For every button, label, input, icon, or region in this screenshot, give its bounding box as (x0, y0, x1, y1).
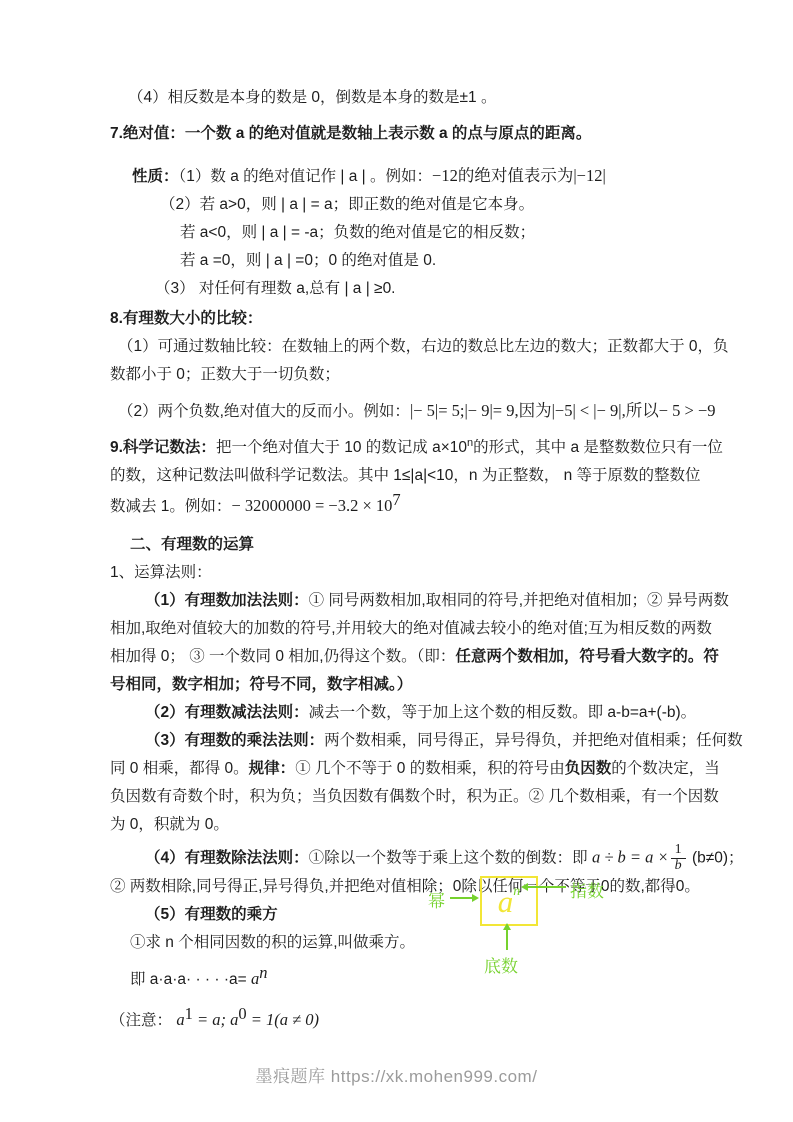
text-line: （4）有理数除法法则：①除以一个数等于乘上这个数的倒数：即 a ÷ b = a … (110, 843, 710, 873)
fraction: 1b (671, 843, 686, 873)
text-line: 若 a =0，则 | a | =0；0 的绝对值是 0. (110, 247, 710, 275)
text-segment: ①求 n 个相同因数的积的运算,叫做乘方。 (130, 934, 415, 951)
text-line: 号相同，数字相加；符号不同，数字相减。） (110, 671, 710, 699)
exponent-label: 指数 (570, 877, 604, 902)
text-segment: （2）若 a>0，则 | a | = a；即正数的绝对值是它本身。 (160, 196, 534, 213)
text-line: 相加,取绝对值较大的加数的符号,并用较大的绝对值减去较小的绝对值;互为相反数的两… (110, 615, 710, 643)
text-segment: （3） 对任何有理数 a,总有 | a | ≥0. (155, 280, 396, 297)
formula-text: − 32000000 = −3.2 × 10 (231, 496, 392, 515)
text-line: （4）相反数是本身的数是 0，倒数是本身的数是±1 。 (110, 84, 710, 112)
power-label: 幂 (428, 887, 445, 912)
text-segment: （4）有理数除法法则： (145, 849, 309, 866)
text-segment: （2）有理数减法法则： (145, 704, 309, 721)
text-segment: 减去一个数，等于加上这个数的相反数。即 a-b=a+(-b)。 (309, 704, 697, 721)
text-line: 为 0，积就为 0。 (110, 811, 710, 839)
text-segment: 二、有理数的运算 (130, 536, 254, 553)
text-segment: 若 a<0，则 | a | = -a；负数的绝对值是它的相反数； (180, 224, 535, 241)
text-line: 性质：（1）数 a 的绝对值记作 | a | 。例如：−12的绝对值表示为|−1… (110, 162, 710, 191)
text-line: （1）有理数加法法则：① 同号两数相加,取相同的符号,并把绝对值相加；② 异号两… (110, 587, 710, 615)
text-segment: ①除以一个数等于乘上这个数的倒数：即 (309, 849, 592, 866)
text-line: 若 a<0，则 | a | = -a；负数的绝对值是它的相反数； (110, 219, 710, 247)
text-segment: 8.有理数大小的比较： (110, 310, 262, 327)
text-line: 7.绝对值：一个数 a 的绝对值就是数轴上表示数 a 的点与原点的距离。 (110, 120, 710, 148)
text-line: （注意： a1 = a; a0 = 1(a ≠ 0) (110, 1006, 710, 1035)
text-segment: 的数，这种记数法叫做科学记数法。其中 1≤|a|<10，n 为正整数， n 等于… (110, 467, 701, 484)
text-segment: ① 几个不等于 0 的数相乘，积的符号由 (295, 760, 565, 777)
text-segment: 规律： (249, 760, 296, 777)
arrow-right-icon (450, 897, 476, 899)
text-segment: 为 0，积就为 0。 (110, 816, 229, 833)
text-line: 8.有理数大小的比较： (110, 305, 710, 333)
text-segment: （1）有理数加法法则： (145, 592, 309, 609)
text-line: （1）可通过数轴比较：在数轴上的两个数，右边的数总比左边的数大；正数都大于 0，… (110, 333, 710, 361)
text-segment: （注意： (110, 1012, 176, 1029)
arrow-left-icon (524, 886, 566, 888)
text-segment: 相加得 0； ③ 一个数同 0 相加,仍得这个数。（即： (110, 648, 455, 665)
text-segment: 任意两个数相加，符号看大数字的。符 (455, 648, 719, 665)
text-line: （2）两个负数,绝对值大的反而小。例如：|− 5|= 5;|− 9|= 9,因为… (110, 397, 710, 426)
power-diagram: a n 幂 指数 底数 (428, 876, 638, 976)
text-segment: 的个数决定，当 (611, 760, 720, 777)
text-segment: 两个数相乘，同号得正，异号得负，并把绝对值相乘；任何数 (324, 732, 743, 749)
power-base-symbol: a (498, 886, 514, 917)
text-line: 数都小于 0；正数大于一切负数； (110, 361, 710, 389)
text-segment: 号相同，数字相加；符号不同，数字相减。） (110, 676, 412, 693)
formula-text: −12的绝对值表示为|−12| (432, 166, 606, 185)
text-segment: 7.绝对值：一个数 a 的绝对值就是数轴上表示数 a 的点与原点的距离。 (110, 125, 591, 142)
text-line: 负因数有奇数个时，积为负；当负因数有偶数个时，积为正。② 几个数相乘，有一个因数 (110, 783, 710, 811)
text-segment: 负因数 (565, 760, 612, 777)
text-line: 同 0 相乘，都得 0。规律：① 几个不等于 0 的数相乘，积的符号由负因数的个… (110, 755, 710, 783)
text-line: （2）若 a>0，则 | a | = a；即正数的绝对值是它本身。 (110, 191, 710, 219)
text-segment: 即 a·a·a· · · · ·a= (130, 971, 251, 988)
text-segment: （1）可通过数轴比较：在数轴上的两个数，右边的数总比左边的数大；正数都大于 0，… (118, 338, 729, 355)
formula-text: n (259, 963, 267, 982)
text-segment: 同 0 相乘，都得 0。 (110, 760, 249, 777)
page-footer: 墨痕题库 https://xk.mohen999.com/ (0, 1062, 793, 1087)
text-line: （2）有理数减法法则：减去一个数，等于加上这个数的相反数。即 a-b=a+(-b… (110, 699, 710, 727)
text-segment: 9.科学记数法： (110, 439, 216, 456)
text-line: 数减去 1。例如：− 32000000 = −3.2 × 107 (110, 492, 710, 521)
text-segment: 相加,取绝对值较大的加数的符号,并用较大的绝对值减去较小的绝对值;互为相反数的两… (110, 620, 712, 637)
formula-text: |− 5|= 5;|− 9|= 9,因为|−5| < |− 9|,所以− 5 >… (410, 401, 716, 420)
text-segment: ① 同号两数相加,取相同的符号,并把绝对值相加；② 异号两数 (309, 592, 729, 609)
text-line: 的数，这种记数法叫做科学记数法。其中 1≤|a|<10，n 为正整数， n 等于… (110, 462, 710, 490)
text-line: 相加得 0； ③ 一个数同 0 相加,仍得这个数。（即：任意两个数相加，符号看大… (110, 643, 710, 671)
text-line: 1、运算法则： (110, 559, 710, 587)
text-line: （3） 对任何有理数 a,总有 | a | ≥0. (110, 275, 710, 303)
formula-text: a (176, 1010, 184, 1029)
formula-text: a ÷ b = a × (592, 847, 669, 866)
text-segment: （1）数 a 的绝对值记作 | a | 。例如： (179, 168, 433, 185)
text-segment: （4）相反数是本身的数是 0，倒数是本身的数是±1 。 (128, 89, 496, 106)
text-segment: (b≠0)； (688, 849, 744, 866)
formula-text: 1 (185, 1004, 193, 1023)
text-segment: 若 a =0，则 | a | =0；0 的绝对值是 0. (180, 252, 436, 269)
text-segment: 把一个绝对值大于 10 的数记成 a×10 (216, 439, 467, 456)
text-segment: （2）两个负数,绝对值大的反而小。例如： (118, 403, 410, 420)
formula-text: = 1(a ≠ 0) (247, 1010, 319, 1029)
text-segment: （5）有理数的乘方 (145, 906, 278, 923)
text-segment: 数减去 1。例如： (110, 498, 231, 515)
formula-text: 7 (392, 490, 400, 509)
text-segment: 性质： (132, 168, 179, 185)
text-line: （3）有理数的乘法法则：两个数相乘，同号得正，异号得负，并把绝对值相乘；任何数 (110, 727, 710, 755)
text-segment: 负因数有奇数个时，积为负；当负因数有偶数个时，积为正。② 几个数相乘，有一个因数 (110, 788, 719, 805)
text-line: 二、有理数的运算 (110, 531, 710, 559)
text-segment: 1、运算法则： (110, 564, 212, 581)
arrow-up-icon (506, 926, 508, 950)
base-label: 底数 (484, 952, 518, 977)
text-segment: （3）有理数的乘法法则： (145, 732, 324, 749)
text-segment: 数都小于 0；正数大于一切负数； (110, 366, 340, 383)
text-segment: 的形式，其中 a 是整数数位只有一位 (473, 439, 723, 456)
formula-text: = a; a (193, 1010, 239, 1029)
formula-text: 0 (238, 1004, 246, 1023)
text-line: 9.科学记数法：把一个绝对值大于 10 的数记成 a×10n的形式，其中 a 是… (110, 434, 710, 462)
